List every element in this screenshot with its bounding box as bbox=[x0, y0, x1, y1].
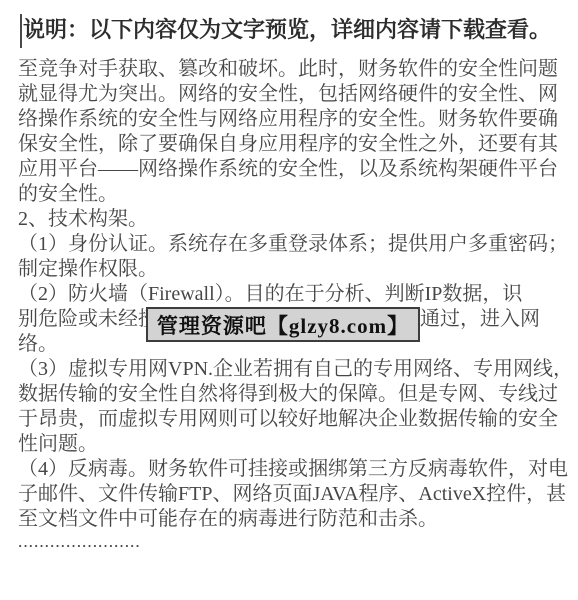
site-watermark-stamp: 管理资源吧【glzy8.com】 bbox=[146, 307, 420, 342]
preview-notice: 说明：以下内容仅为文字预览，详细内容请下载查看。 bbox=[23, 13, 551, 44]
truncation-dots: ······················· bbox=[18, 532, 564, 557]
text-line: 2、技术构架。 bbox=[18, 207, 564, 232]
text-line: （3）虚拟专用网VPN.企业若拥有自己的专用网络、专用网线， bbox=[18, 357, 564, 382]
text-line: 保安全性，除了要确保自身应用程序的安全性之外，还要有其 bbox=[18, 132, 564, 157]
text-line: 应用平台——网络操作系统的安全性，以及系统构架硬件平台 bbox=[18, 157, 564, 182]
text-line: （1）身份认证。系统存在多重登录体系；提供用户多重密码； bbox=[18, 232, 564, 257]
text-line: 至文档文件中可能存在的病毒进行防范和击杀。 bbox=[18, 507, 564, 532]
text-line: 数据传输的安全性自然将得到极大的保障。但是专网、专线过 bbox=[18, 382, 564, 407]
text-line: 络操作系统的安全性与网络应用程序的安全性。财务软件要确 bbox=[18, 107, 564, 132]
text-line-left-segment: 别危险或未经授 bbox=[18, 308, 158, 330]
text-line-right-segment: 通过，进入网 bbox=[420, 307, 540, 332]
document-preview-page: 说明：以下内容仅为文字预览，详细内容请下载查看。 至竞争对手获取、篡改和破坏。此… bbox=[0, 0, 578, 600]
text-line: 的安全性。 bbox=[18, 182, 564, 207]
text-cursor bbox=[20, 14, 22, 48]
text-line: （2）防火墙（Firewall）。目的在于分析、判断IP数据，识 bbox=[18, 282, 564, 307]
text-line: 至竞争对手获取、篡改和破坏。此时，财务软件的安全性问题 bbox=[18, 57, 564, 82]
text-line: 制定操作权限。 bbox=[18, 257, 564, 282]
text-line: 就显得尤为突出。网络的安全性，包括网络硬件的安全性、网 bbox=[18, 82, 564, 107]
text-line: 于昂贵，而虚拟专用网则可以较好地解决企业数据传输的安全 bbox=[18, 407, 564, 432]
site-watermark-label: 管理资源吧【glzy8.com】 bbox=[157, 310, 409, 340]
text-line: 子邮件、文件传输FTP、网络页面JAVA程序、ActiveX控件，甚 bbox=[18, 482, 564, 507]
text-line: （4）反病毒。财务软件可挂接或捆绑第三方反病毒软件，对电 bbox=[18, 457, 564, 482]
text-line: 性问题。 bbox=[18, 432, 564, 457]
